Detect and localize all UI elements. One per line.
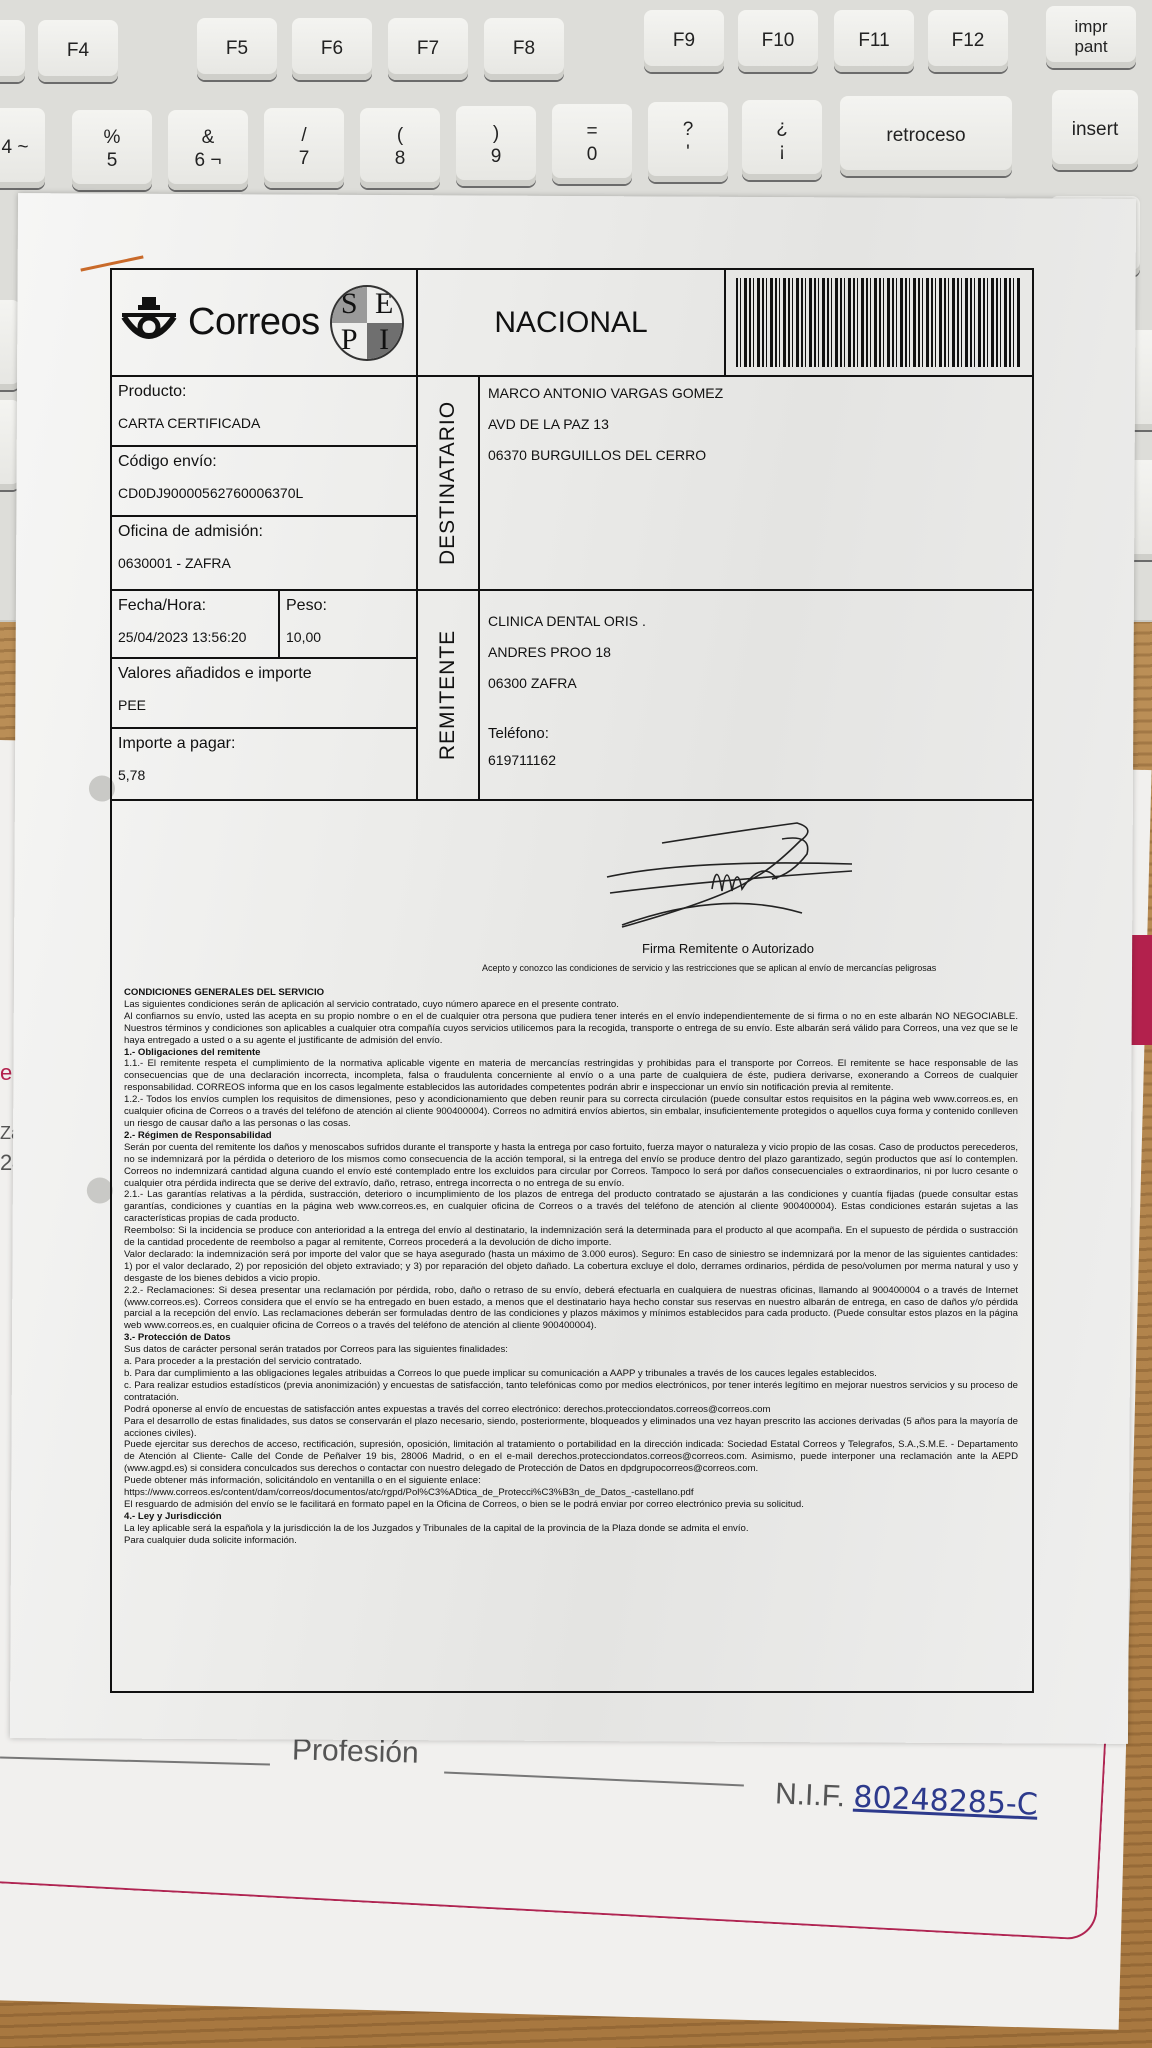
terms-paragraph: https://www.correos.es/content/dam/corre… — [124, 1487, 1018, 1499]
handwritten-signature — [602, 819, 872, 929]
key-4[interactable]: 4 ~ — [0, 108, 45, 188]
acceptance-note: Acepto y conozco las condiciones de serv… — [482, 963, 936, 973]
fecha-hora-value: 25/04/2023 13:56:20 — [118, 629, 272, 645]
peso-box: Peso: 10,00 — [280, 591, 416, 657]
key-apostrophe[interactable]: ?' — [648, 102, 728, 182]
oficina-admision-value: 0630001 - ZAFRA — [118, 555, 410, 571]
key-inverted-exclamation[interactable]: ¿¡ — [742, 100, 822, 180]
terms-paragraph: Para cualquier duda solicite información… — [124, 1535, 1018, 1547]
terms-heading: 3.- Protección de Datos — [124, 1332, 1018, 1344]
terms-paragraph: Sus datos de carácter personal serán tra… — [124, 1344, 1018, 1356]
destinatario-label-cell: DESTINATARIO — [418, 377, 480, 589]
destinatario-city: 06370 BURGUILLOS DEL CERRO — [488, 447, 1024, 463]
remitente-street: ANDRES PROO 18 — [488, 644, 1024, 660]
valores-anadidos-value: PEE — [118, 697, 410, 713]
key-f5[interactable]: F5 — [197, 18, 277, 80]
terms-paragraph: Podrá oponerse al envío de encuestas de … — [124, 1404, 1018, 1416]
payment-info: Fecha/Hora: 25/04/2023 13:56:20 Peso: 10… — [112, 591, 418, 799]
nif-label: N.I.F. — [774, 1777, 845, 1813]
key-print-screen[interactable]: impr pant — [1046, 6, 1136, 68]
terms-paragraph: b. Para dar cumplimiento a las obligacio… — [124, 1368, 1018, 1380]
destinatario-label: DESTINATARIO — [436, 401, 460, 565]
key-f11[interactable]: F11 — [834, 10, 914, 72]
barcode-area — [726, 270, 1032, 375]
signature-caption: Firma Remitente o Autorizado — [642, 941, 814, 956]
terms-paragraph: Serán por cuenta del remitente los daños… — [124, 1142, 1018, 1190]
producto-value: CARTA CERTIFICADA — [118, 415, 410, 431]
terms-paragraph: 1.1.- El remitente respeta el cumplimien… — [124, 1058, 1018, 1094]
terms-paragraph: 2.1.- Las garantías relativas a la pérdi… — [124, 1189, 1018, 1225]
key-6[interactable]: &6 ¬ — [168, 110, 248, 190]
key-f8[interactable]: F8 — [484, 18, 564, 80]
terms-paragraph: Valor declarado: la indemnización será p… — [124, 1249, 1018, 1285]
punch-hole — [87, 1177, 113, 1203]
service-scope: NACIONAL — [418, 270, 726, 375]
barcode — [736, 278, 1022, 367]
valores-anadidos-box: Valores añadidos e importe PEE — [112, 659, 416, 729]
importe-pagar-box: Importe a pagar: 5,78 — [112, 729, 416, 795]
terms-heading: 2.- Régimen de Responsabilidad — [124, 1130, 1018, 1142]
codigo-envio-value: CD0DJ90000562760006370L — [118, 485, 410, 501]
terms-paragraph: El resguardo de admisión del envío se le… — [124, 1499, 1018, 1511]
terms-paragraph: Reembolso: Si la incidencia se produce c… — [124, 1225, 1018, 1249]
receipt-header: Correos S E P I NACIONAL — [112, 270, 1032, 377]
telefono-value: 619711162 — [488, 752, 1024, 768]
remitente-label: REMITENTE — [436, 630, 460, 760]
peso-value: 10,00 — [286, 629, 410, 645]
remitente-address: CLINICA DENTAL ORIS . ANDRES PROO 18 063… — [480, 591, 1032, 799]
terms-heading: 1.- Obligaciones del remitente — [124, 1047, 1018, 1059]
recipient-section: Producto: CARTA CERTIFICADA Código envío… — [112, 377, 1032, 591]
key-f7[interactable]: F7 — [388, 18, 468, 80]
terms-paragraph: Puede ejercitar sus derechos de acceso, … — [124, 1439, 1018, 1475]
terms-paragraph: c. Para realizar estudios estadísticos (… — [124, 1380, 1018, 1404]
general-conditions-text: CONDICIONES GENERALES DEL SERVICIOLas si… — [124, 987, 1018, 1547]
sepi-logo: S E P I — [330, 285, 404, 361]
terms-paragraph: 1.2.- Todos los envíos cumplen los requi… — [124, 1094, 1018, 1130]
conditions-section: Firma Remitente o Autorizado Acepto y co… — [112, 801, 1032, 1691]
receipt-form: Correos S E P I NACIONAL Producto: CARTA… — [110, 268, 1034, 1693]
terms-paragraph: a. Para proceder a la prestación del ser… — [124, 1356, 1018, 1368]
terms-heading: CONDICIONES GENERALES DEL SERVICIO — [124, 987, 1018, 999]
terms-heading: 4.- Ley y Jurisdicción — [124, 1511, 1018, 1523]
key-9[interactable]: )9 — [456, 106, 536, 186]
logo-area: Correos S E P I — [112, 270, 418, 375]
key-5[interactable]: %5 — [72, 110, 152, 190]
key-f9[interactable]: F9 — [644, 10, 724, 72]
fecha-peso-box: Fecha/Hora: 25/04/2023 13:56:20 Peso: 10… — [112, 591, 416, 659]
key-f12[interactable]: F12 — [928, 10, 1008, 72]
key-f4[interactable]: F4 — [38, 20, 118, 82]
key-backspace[interactable]: retroceso — [840, 96, 1012, 176]
fecha-hora-box: Fecha/Hora: 25/04/2023 13:56:20 — [112, 591, 280, 657]
producto-box: Producto: CARTA CERTIFICADA — [112, 377, 416, 447]
remitente-city: 06300 ZAFRA — [488, 675, 1024, 691]
oficina-admision-box: Oficina de admisión: 0630001 - ZAFRA — [112, 517, 416, 587]
telefono-label: Teléfono: — [488, 725, 1024, 742]
terms-paragraph: Puede obtener más información, solicitán… — [124, 1475, 1018, 1487]
key-8[interactable]: (8 — [360, 108, 440, 188]
remitente-label-cell: REMITENTE — [418, 591, 480, 799]
codigo-envio-box: Código envío: CD0DJ90000562760006370L — [112, 447, 416, 517]
terms-paragraph: Al confiarnos su envío, usted las acepta… — [124, 1011, 1018, 1047]
destinatario-name: MARCO ANTONIO VARGAS GOMEZ — [488, 385, 1024, 401]
shipment-info: Producto: CARTA CERTIFICADA Código envío… — [112, 377, 418, 589]
correos-horn-icon — [120, 295, 178, 351]
terms-paragraph: Para el desarrollo de estas finalidades,… — [124, 1416, 1018, 1440]
importe-pagar-value: 5,78 — [118, 767, 410, 783]
sender-section: Fecha/Hora: 25/04/2023 13:56:20 Peso: 10… — [112, 591, 1032, 801]
key-insert[interactable]: insert — [1052, 90, 1138, 170]
destinatario-address: MARCO ANTONIO VARGAS GOMEZ AVD DE LA PAZ… — [480, 377, 1032, 589]
key-7[interactable]: /7 — [264, 108, 344, 188]
key-f6[interactable]: F6 — [292, 18, 372, 80]
correos-brand: Correos — [188, 301, 320, 344]
terms-paragraph: Las siguientes condiciones serán de apli… — [124, 999, 1018, 1011]
key-f3-partial[interactable] — [0, 20, 25, 82]
key-0[interactable]: =0 — [552, 104, 632, 184]
key-f10[interactable]: F10 — [738, 10, 818, 72]
terms-paragraph: 2.2.- Reclamaciones: Si desea presentar … — [124, 1285, 1018, 1333]
remitente-name: CLINICA DENTAL ORIS . — [488, 613, 1024, 629]
terms-paragraph: La ley aplicable será la española y la j… — [124, 1523, 1018, 1535]
destinatario-street: AVD DE LA PAZ 13 — [488, 416, 1024, 432]
